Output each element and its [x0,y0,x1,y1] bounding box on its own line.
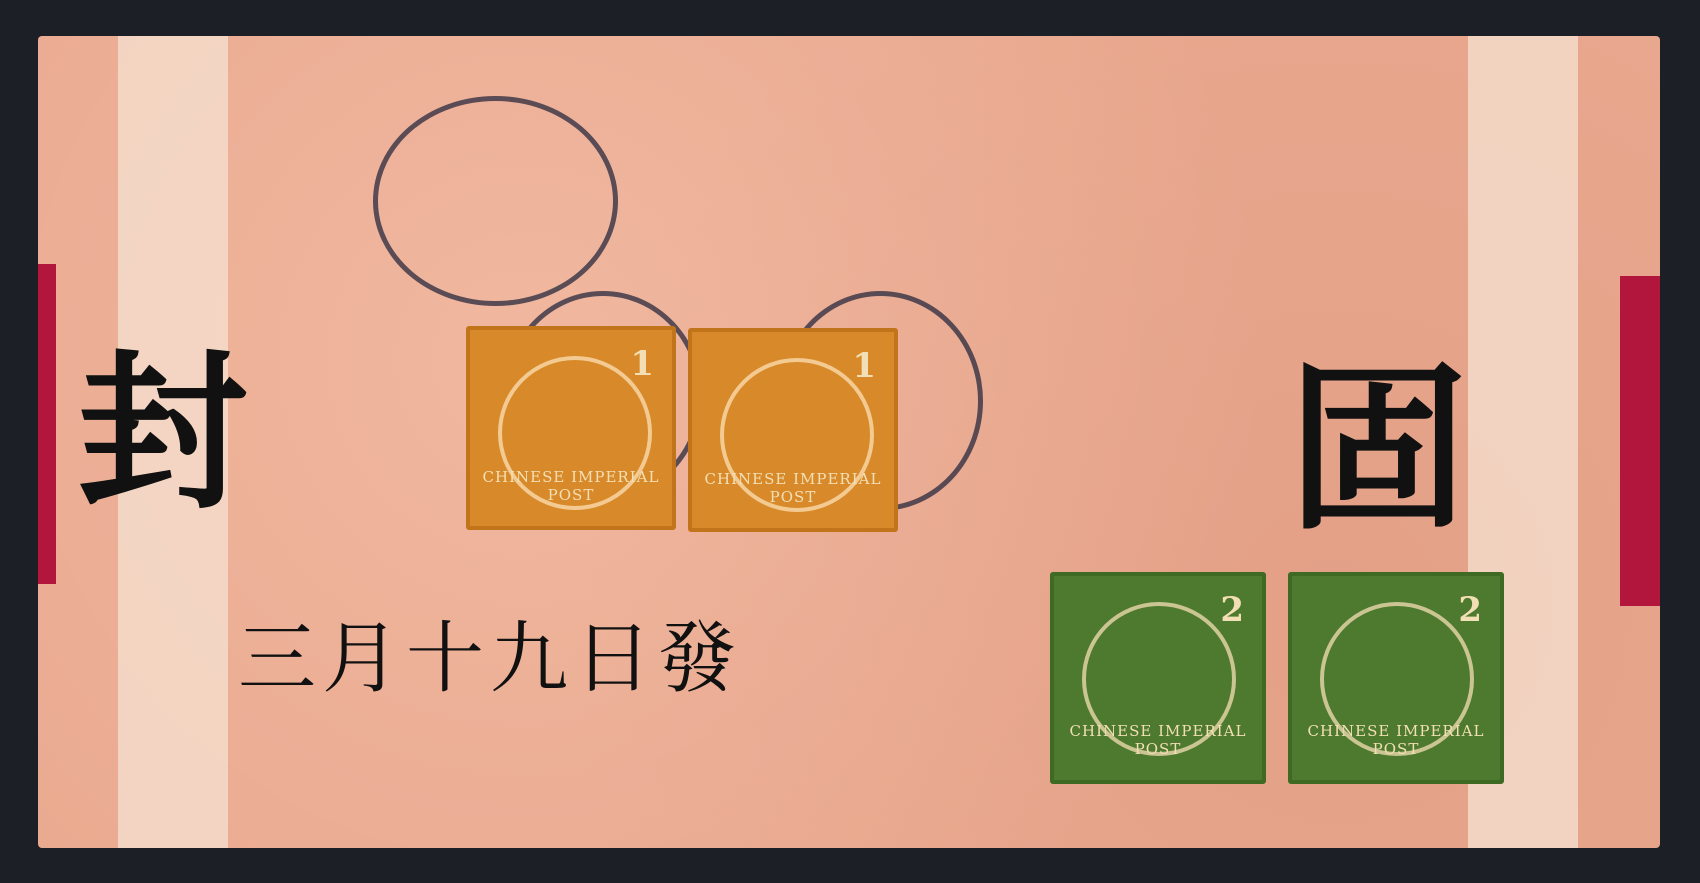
left-seal-band [38,264,56,584]
stamp-two-cents: 2 CHINESE IMPERIAL POST [1050,572,1266,784]
stamp-two-cents: 2 CHINESE IMPERIAL POST [1288,572,1504,784]
right-seal-band [1620,276,1660,606]
stamp-one-cent: 1 CHINESE IMPERIAL POST [466,326,676,530]
handwritten-date: 三月十九日發 [238,596,742,708]
postmark [373,96,618,306]
stamp-one-cent: 1 CHINESE IMPERIAL POST [688,328,898,532]
envelope: 1 CHINESE IMPERIAL POST 1 CHINESE IMPERI… [38,36,1660,848]
handwritten-seal-character-right: 固 [1288,306,1468,564]
handwritten-seal-character-left: 封 [78,296,248,541]
